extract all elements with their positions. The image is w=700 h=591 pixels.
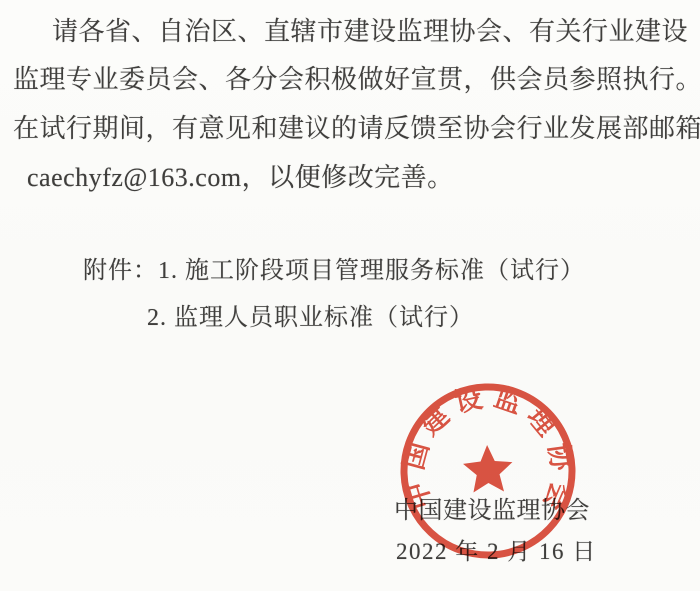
body-line-4-email: caechyfz@163.com，以便修改完善。 <box>27 157 454 194</box>
document-page: 请各省、自治区、直辖市建设监理协会、有关行业建设 监理专业委员会、各分会积极做好… <box>0 0 700 591</box>
attachment-line-1: 附件：1. 施工阶段项目管理服务标准（试行） <box>83 250 585 285</box>
body-line-1: 请各省、自治区、直辖市建设监理协会、有关行业建设 <box>52 11 688 48</box>
attachment-line-2: 2. 监理人员职业标准（试行） <box>147 297 474 332</box>
official-seal-stamp: 中国建设监理协会 <box>393 379 583 563</box>
star-icon <box>462 444 513 493</box>
body-line-3: 在试行期间，有意见和建议的请反馈至协会行业发展部邮箱 <box>13 108 700 145</box>
body-line-2: 监理专业委员会、各分会积极做好宣贯，供会员参照执行。 <box>13 59 700 96</box>
